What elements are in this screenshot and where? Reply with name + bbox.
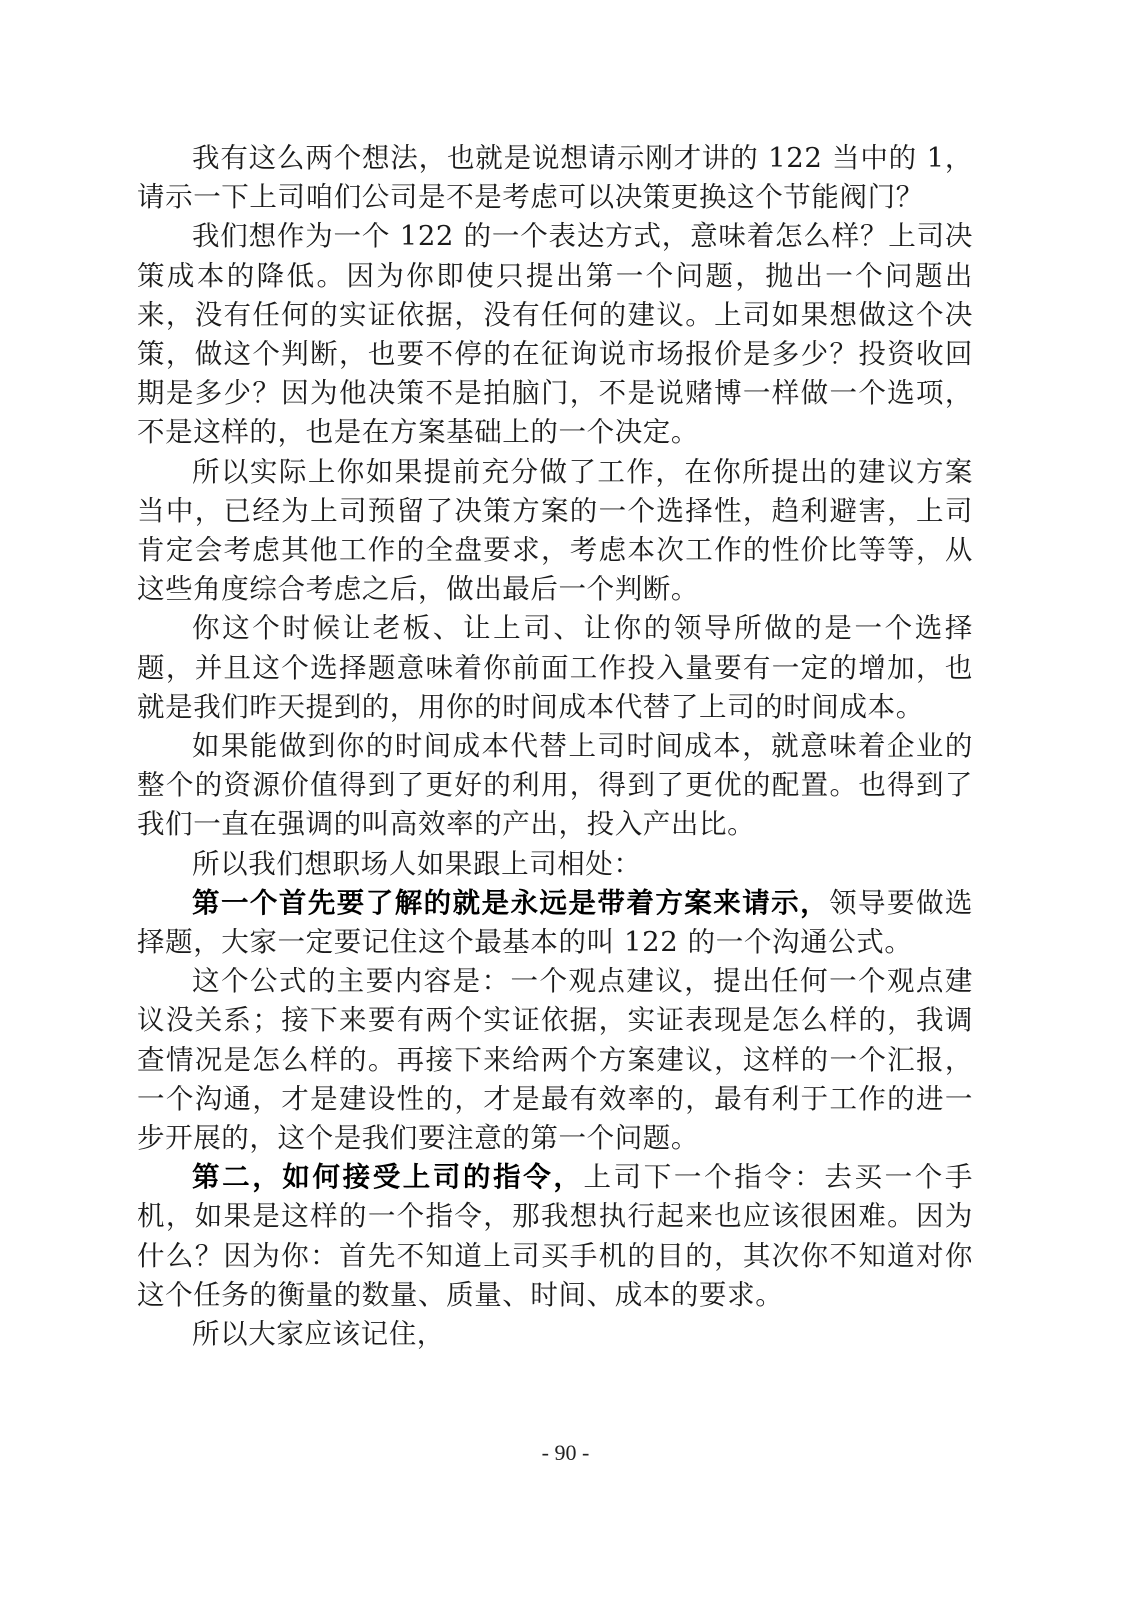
paragraph-7: 第一个首先要了解的就是永远是带着方案来请示，领导要做选择题，大家一定要记住这个最… xyxy=(137,884,973,962)
paragraph-10: 所以大家应该记住， xyxy=(137,1315,973,1354)
paragraph-6: 所以我们想职场人如果跟上司相处： xyxy=(137,845,973,884)
paragraph-5: 如果能做到你的时间成本代替上司时间成本，就意味着企业的整个的资源价值得到了更好的… xyxy=(137,727,973,845)
paragraph-1: 我有这么两个想法，也就是说想请示刚才讲的 122 当中的 1，请示一下上司咱们公… xyxy=(137,139,973,217)
paragraph-1-text: 我有这么两个想法，也就是说想请示刚才讲的 122 当中的 1，请示一下上司咱们公… xyxy=(137,142,973,213)
page-number: - 90 - xyxy=(0,1440,1131,1466)
paragraph-6-text: 所以我们想职场人如果跟上司相处： xyxy=(192,848,642,880)
paragraph-7-bold: 第一个首先要了解的就是永远是带着方案来请示， xyxy=(192,887,829,919)
paragraph-9: 第二，如何接受上司的指令，上司下一个指令：去买一个手机，如果是这样的一个指令，那… xyxy=(137,1158,973,1315)
paragraph-8: 这个公式的主要内容是：一个观点建议，提出任何一个观点建议没关系；接下来要有两个实… xyxy=(137,962,973,1158)
paragraph-3: 所以实际上你如果提前充分做了工作，在你所提出的建议方案当中，已经为上司预留了决策… xyxy=(137,453,973,610)
paragraph-10-text: 所以大家应该记住， xyxy=(192,1318,445,1350)
paragraph-8-text: 这个公式的主要内容是：一个观点建议，提出任何一个观点建议没关系；接下来要有两个实… xyxy=(137,965,973,1154)
document-body: 我有这么两个想法，也就是说想请示刚才讲的 122 当中的 1，请示一下上司咱们公… xyxy=(137,139,973,1354)
paragraph-2: 我们想作为一个 122 的一个表达方式，意味着怎么样？上司决策成本的降低。因为你… xyxy=(137,217,973,452)
paragraph-4-text: 你这个时候让老板、让上司、让你的领导所做的是一个选择题，并且这个选择题意味着你前… xyxy=(137,612,973,722)
paragraph-4: 你这个时候让老板、让上司、让你的领导所做的是一个选择题，并且这个选择题意味着你前… xyxy=(137,609,973,727)
paragraph-9-bold: 第二，如何接受上司的指令， xyxy=(192,1161,584,1193)
paragraph-5-text: 如果能做到你的时间成本代替上司时间成本，就意味着企业的整个的资源价值得到了更好的… xyxy=(137,730,973,840)
paragraph-2-text: 我们想作为一个 122 的一个表达方式，意味着怎么样？上司决策成本的降低。因为你… xyxy=(137,220,973,448)
paragraph-3-text: 所以实际上你如果提前充分做了工作，在你所提出的建议方案当中，已经为上司预留了决策… xyxy=(137,456,973,606)
